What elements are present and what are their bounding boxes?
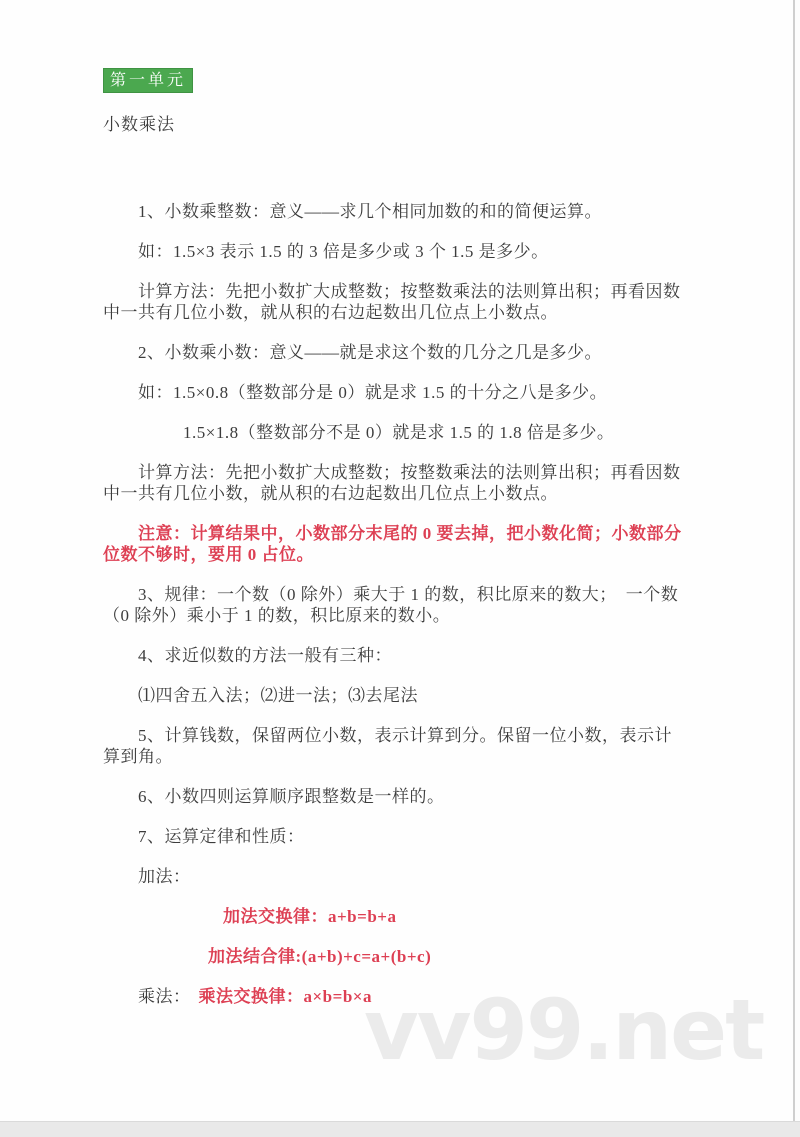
paragraph-line: 加法： <box>103 866 682 887</box>
page-edge-gutter <box>795 0 800 1121</box>
paragraph-line: 6、小数四则运算顺序跟整数是一样的。 <box>103 786 682 807</box>
paragraph-line: 4、求近似数的方法一般有三种： <box>103 645 682 666</box>
paragraph-line: 3、规律：一个数（0 除外）乘大于 1 的数，积比原来的数大； 一个数 <box>103 584 682 605</box>
paragraph-line: 算到角。 <box>103 746 682 767</box>
paragraph-line: 计算方法：先把小数扩大成整数；按整数乘法的法则算出积；再看因数 <box>103 281 682 302</box>
formula-label: 乘法： <box>138 987 191 1006</box>
body-text: 1、小数乘整数：意义——求几个相同加数的和的简便运算。 如：1.5×3 表示 1… <box>103 201 682 1007</box>
paragraph-line: 如：1.5×0.8（整数部分是 0）就是求 1.5 的十分之八是多少。 <box>103 382 682 403</box>
formula-line: 加法交换律：a+b=b+a <box>103 906 682 927</box>
paragraph-line: （0 除外）乘小于 1 的数，积比原来的数小。 <box>103 605 682 626</box>
paragraph-line: 1.5×1.8（整数部分不是 0）就是求 1.5 的 1.8 倍是多少。 <box>103 422 682 443</box>
paragraph-line: 中一共有几位小数，就从积的右边起数出几位点上小数点。 <box>103 302 682 323</box>
document-page: vv99.net 第一单元 小数乘法 1、小数乘整数：意义——求几个相同加数的和… <box>0 0 800 1137</box>
paragraph-line: 5、计算钱数，保留两位小数，表示计算到分。保留一位小数，表示计 <box>103 725 682 746</box>
paragraph-line: 计算方法：先把小数扩大成整数；按整数乘法的法则算出积；再看因数 <box>103 462 682 483</box>
formula-line: 加法结合律:(a+b)+c=a+(b+c) <box>103 946 682 967</box>
paragraph-line: 7、运算定律和性质： <box>103 826 682 847</box>
document-content: 第一单元 小数乘法 1、小数乘整数：意义——求几个相同加数的和的简便运算。 如：… <box>0 0 800 1007</box>
paragraph-line: ⑴四舍五入法；⑵进一法；⑶去尾法 <box>103 685 682 706</box>
paragraph-line: 中一共有几位小数，就从积的右边起数出几位点上小数点。 <box>103 483 682 504</box>
note-line: 注意：计算结果中，小数部分末尾的 0 要去掉，把小数化简；小数部分 <box>103 523 682 544</box>
note-line: 位数不够时，要用 0 占位。 <box>103 544 682 565</box>
unit-badge: 第一单元 <box>103 68 193 93</box>
page-title: 小数乘法 <box>103 114 682 135</box>
paragraph-line: 2、小数乘小数：意义——就是求这个数的几分之几是多少。 <box>103 342 682 363</box>
bottom-background-bar <box>0 1121 800 1137</box>
formula-text: 乘法交换律：a×b=b×a <box>199 987 372 1006</box>
paragraph-line: 1、小数乘整数：意义——求几个相同加数的和的简便运算。 <box>103 201 682 222</box>
formula-line: 乘法：乘法交换律：a×b=b×a <box>103 986 682 1007</box>
paragraph-line: 如：1.5×3 表示 1.5 的 3 倍是多少或 3 个 1.5 是多少。 <box>103 241 682 262</box>
